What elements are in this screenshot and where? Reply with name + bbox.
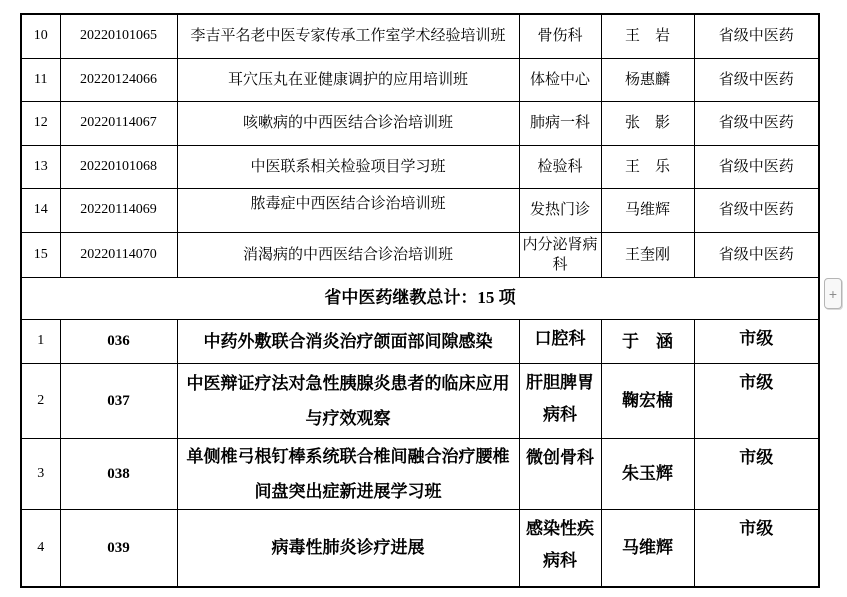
- cell-name: 张 影: [601, 101, 694, 145]
- cell-title: 病毒性肺炎诊疗进展: [177, 509, 519, 587]
- cell-level: 省级中医药: [694, 232, 819, 277]
- municipal-section: 1036中药外敷联合消炎治疗颌面部间隙感染口腔科于 涵市级2037中医辩证疗法对…: [21, 319, 819, 587]
- cell-num: 11: [21, 58, 60, 101]
- table-row: 1036中药外敷联合消炎治疗颌面部间隙感染口腔科于 涵市级: [21, 319, 819, 363]
- cell-name: 王奎刚: [601, 232, 694, 277]
- table-row: 1120220124066耳穴压丸在亚健康调护的应用培训班体检中心杨惠麟省级中医…: [21, 58, 819, 101]
- cell-name: 杨惠麟: [601, 58, 694, 101]
- cell-num: 3: [21, 438, 60, 509]
- cell-title: 中医联系相关检验项目学习班: [177, 145, 519, 188]
- cell-dept: 体检中心: [519, 58, 601, 101]
- cell-level: 省级中医药: [694, 58, 819, 101]
- cell-dept: 微创骨科: [519, 438, 601, 509]
- table-row: 1020220101065李吉平名老中医专家传承工作室学术经验培训班骨伤科王 岩…: [21, 14, 819, 58]
- cell-title: 咳嗽病的中西医结合诊治培训班: [177, 101, 519, 145]
- cell-level: 市级: [694, 319, 819, 363]
- cell-title: 消渴病的中西医结合诊治培训班: [177, 232, 519, 277]
- cell-dept: 内分泌肾病科: [519, 232, 601, 277]
- cell-name: 王 岩: [601, 14, 694, 58]
- cell-id: 039: [60, 509, 177, 587]
- cell-num: 12: [21, 101, 60, 145]
- cell-name: 王 乐: [601, 145, 694, 188]
- cell-level: 省级中医药: [694, 145, 819, 188]
- cell-id: 20220114067: [60, 101, 177, 145]
- cell-level: 市级: [694, 363, 819, 438]
- cell-id: 20220101068: [60, 145, 177, 188]
- cell-num: 2: [21, 363, 60, 438]
- training-projects-table: 1020220101065李吉平名老中医专家传承工作室学术经验培训班骨伤科王 岩…: [20, 13, 820, 588]
- cell-title: 耳穴压丸在亚健康调护的应用培训班: [177, 58, 519, 101]
- cell-num: 10: [21, 14, 60, 58]
- cell-dept: 肝胆脾胃病科: [519, 363, 601, 438]
- add-row-button[interactable]: +: [824, 278, 842, 309]
- cell-level: 省级中医药: [694, 14, 819, 58]
- cell-title: 李吉平名老中医专家传承工作室学术经验培训班: [177, 14, 519, 58]
- cell-level: 市级: [694, 438, 819, 509]
- provincial-section: 1020220101065李吉平名老中医专家传承工作室学术经验培训班骨伤科王 岩…: [21, 14, 819, 277]
- cell-num: 4: [21, 509, 60, 587]
- cell-num: 14: [21, 188, 60, 232]
- cell-name: 马维辉: [601, 509, 694, 587]
- table-row: 3038单侧椎弓根钉棒系统联合椎间融合治疗腰椎间盘突出症新进展学习班微创骨科朱玉…: [21, 438, 819, 509]
- summary-row: 省中医药继教总计：15 项: [21, 277, 819, 319]
- cell-num: 15: [21, 232, 60, 277]
- cell-id: 036: [60, 319, 177, 363]
- cell-name: 于 涵: [601, 319, 694, 363]
- cell-title: 中医辩证疗法对急性胰腺炎患者的临床应用与疗效观察: [177, 363, 519, 438]
- table-row: 4039病毒性肺炎诊疗进展感染性疾病科马维辉市级: [21, 509, 819, 587]
- summary-section: 省中医药继教总计：15 项: [21, 277, 819, 319]
- table-row: 1320220101068中医联系相关检验项目学习班检验科王 乐省级中医药: [21, 145, 819, 188]
- cell-id: 038: [60, 438, 177, 509]
- cell-name: 朱玉辉: [601, 438, 694, 509]
- cell-level: 市级: [694, 509, 819, 587]
- cell-dept: 口腔科: [519, 319, 601, 363]
- table-row: 1520220114070消渴病的中西医结合诊治培训班内分泌肾病科王奎刚省级中医…: [21, 232, 819, 277]
- cell-title: 单侧椎弓根钉棒系统联合椎间融合治疗腰椎间盘突出症新进展学习班: [177, 438, 519, 509]
- cell-id: 20220101065: [60, 14, 177, 58]
- cell-level: 省级中医药: [694, 101, 819, 145]
- cell-level: 省级中医药: [694, 188, 819, 232]
- cell-name: 马维辉: [601, 188, 694, 232]
- cell-dept: 发热门诊: [519, 188, 601, 232]
- cell-dept: 感染性疾病科: [519, 509, 601, 587]
- cell-id: 20220124066: [60, 58, 177, 101]
- cell-id: 20220114069: [60, 188, 177, 232]
- cell-num: 13: [21, 145, 60, 188]
- cell-num: 1: [21, 319, 60, 363]
- cell-name: 鞠宏楠: [601, 363, 694, 438]
- cell-dept: 肺病一科: [519, 101, 601, 145]
- cell-id: 20220114070: [60, 232, 177, 277]
- summary-total-text: 省中医药继教总计：15 项: [21, 277, 819, 319]
- document-page: 1020220101065李吉平名老中医专家传承工作室学术经验培训班骨伤科王 岩…: [0, 0, 847, 597]
- table-row: 1220220114067咳嗽病的中西医结合诊治培训班肺病一科张 影省级中医药: [21, 101, 819, 145]
- cell-dept: 骨伤科: [519, 14, 601, 58]
- table-row: 1420220114069脓毒症中西医结合诊治培训班发热门诊马维辉省级中医药: [21, 188, 819, 232]
- cell-title: 脓毒症中西医结合诊治培训班: [177, 188, 519, 232]
- cell-dept: 检验科: [519, 145, 601, 188]
- cell-id: 037: [60, 363, 177, 438]
- table-row: 2037中医辩证疗法对急性胰腺炎患者的临床应用与疗效观察肝胆脾胃病科鞠宏楠市级: [21, 363, 819, 438]
- cell-title: 中药外敷联合消炎治疗颌面部间隙感染: [177, 319, 519, 363]
